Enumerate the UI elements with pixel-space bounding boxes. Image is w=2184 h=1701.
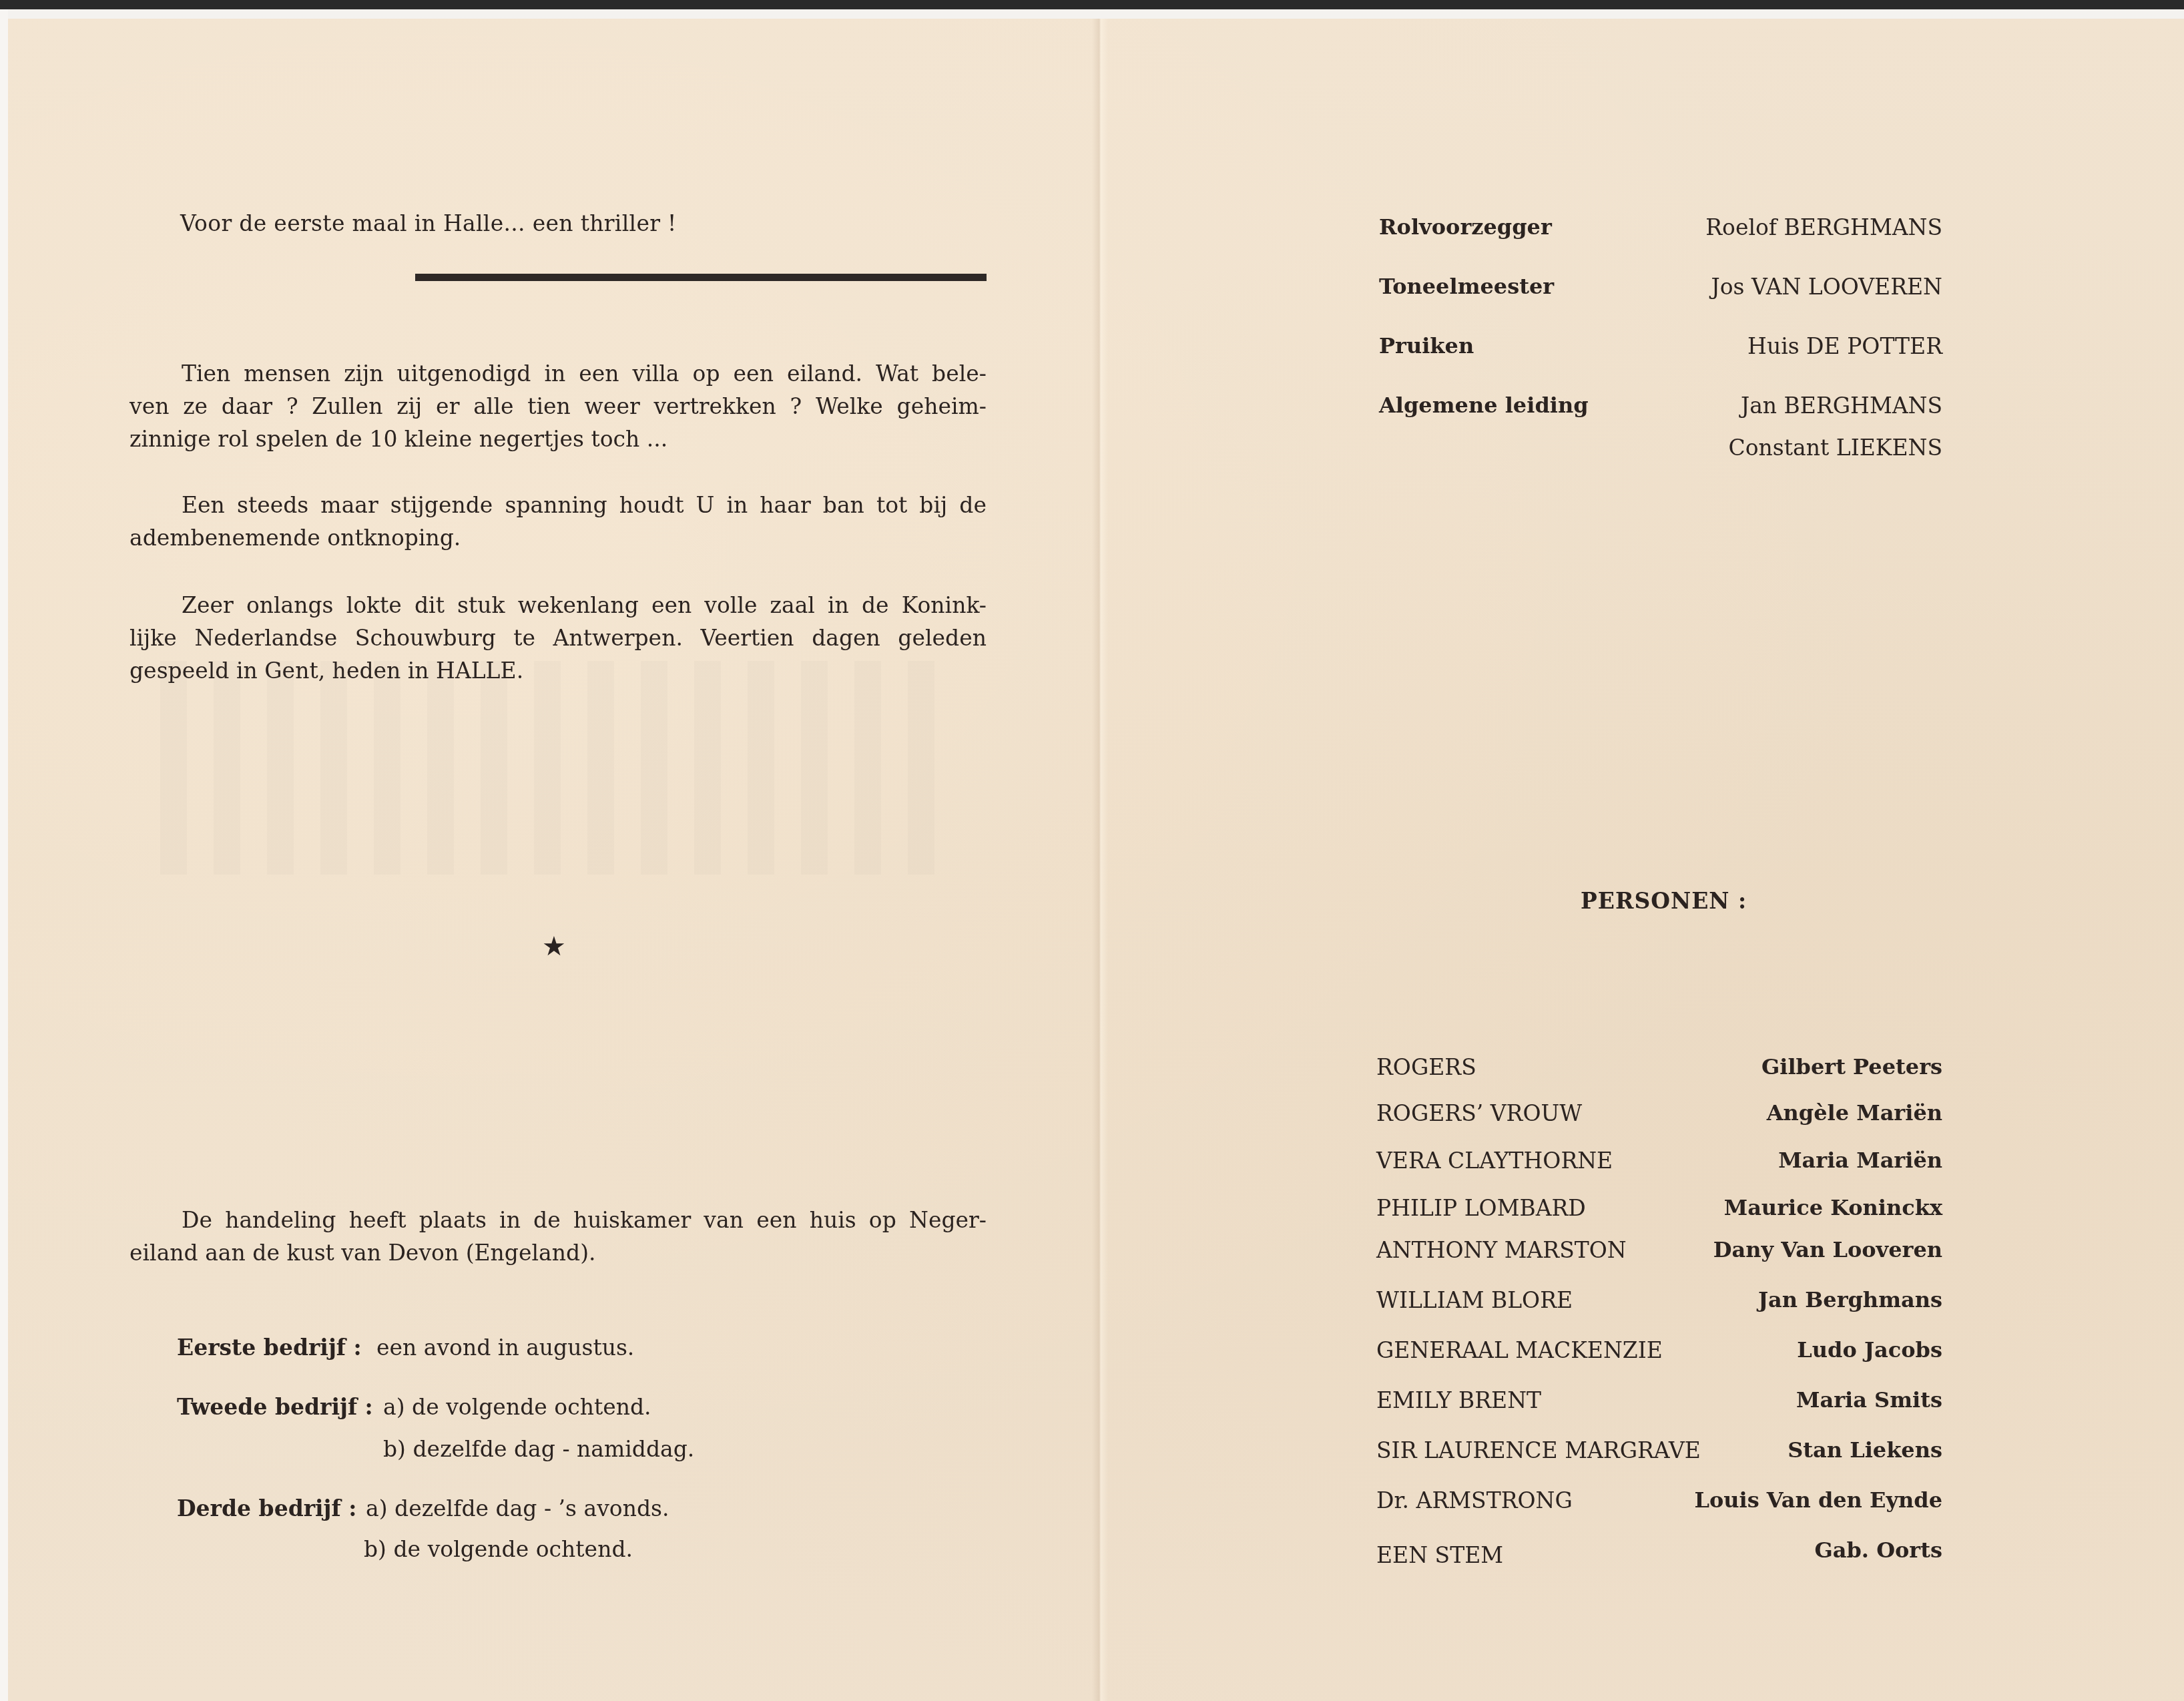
- cast-actor: Gab. Oorts: [1814, 1534, 1942, 1567]
- crew-name: Huis DE POTTER: [1747, 330, 1942, 362]
- cast-actor: Dany Van Looveren: [1713, 1234, 1942, 1266]
- act-scene: een avond in augustus.: [376, 1331, 634, 1364]
- act-scene: a) dezelfde dag - ’s avonds.: [366, 1492, 669, 1525]
- paragraph-line: gespeeld in Gent, heden in HALLE.: [129, 654, 987, 687]
- cast-character: ROGERS’ VROUW: [1376, 1097, 1582, 1130]
- crew-role: Pruiken: [1379, 330, 1474, 362]
- cast-actor: Stan Liekens: [1788, 1434, 1942, 1467]
- crew-name: Jos VAN LOOVEREN: [1711, 270, 1942, 303]
- crew-name: Jan BERGHMANS: [1741, 389, 1942, 422]
- cast-actor: Louis Van den Eynde: [1694, 1484, 1942, 1517]
- cast-actor: Ludo Jacobs: [1797, 1334, 1942, 1367]
- crew-name: Roelof BERGHMANS: [1705, 211, 1942, 244]
- paragraph-line: De handeling heeft plaats in de huiskame…: [129, 1204, 987, 1236]
- cast-actor: Maria Mariën: [1778, 1144, 1942, 1177]
- cast-heading: PERSONEN :: [1581, 885, 1747, 917]
- cast-character: PHILIP LOMBARD: [1376, 1192, 1586, 1224]
- cast-character: EEN STEM: [1376, 1539, 1503, 1571]
- crew-name: Constant LIEKENS: [1728, 431, 1942, 464]
- paragraph-line: Tien mensen zijn uitgenodigd in een vill…: [129, 357, 987, 390]
- paragraph-line: ven ze daar ? Zullen zij er alle tien we…: [129, 390, 987, 423]
- left-page: Voor de eerste maal in Halle... een thri…: [0, 0, 1095, 1701]
- paragraph-line: Een steeds maar stijgende spanning houdt…: [129, 489, 987, 521]
- cast-character: EMILY BRENT: [1376, 1384, 1541, 1417]
- cast-character: ROGERS: [1376, 1051, 1476, 1083]
- paragraph-line: lijke Nederlandse Schouwburg te Antwerpe…: [129, 622, 987, 654]
- paragraph-setting: De handeling heeft plaats in de huiskame…: [129, 1204, 987, 1269]
- act-scene: b) dezelfde dag - namiddag.: [383, 1433, 694, 1465]
- intro-line: Voor de eerste maal in Halle... een thri…: [180, 207, 677, 240]
- cast-character: WILLIAM BLORE: [1376, 1284, 1573, 1316]
- act-scene: b) de volgende ochtend.: [364, 1533, 633, 1565]
- cast-actor: Maurice Koninckx: [1724, 1192, 1942, 1224]
- cast-actor: Maria Smits: [1796, 1384, 1942, 1417]
- cast-actor: Angèle Mariën: [1767, 1097, 1942, 1130]
- cast-character: Dr. ARMSTRONG: [1376, 1484, 1573, 1517]
- act-label: Tweede bedrijf :: [177, 1391, 373, 1423]
- crew-role: Toneelmeester: [1379, 270, 1554, 303]
- act-scene: a) de volgende ochtend.: [383, 1391, 651, 1423]
- cast-character: VERA CLAYTHORNE: [1376, 1144, 1613, 1177]
- horizontal-rule: [415, 274, 987, 281]
- cast-actor: Gilbert Peeters: [1761, 1051, 1942, 1083]
- cast-character: SIR LAURENCE MARGRAVE: [1376, 1434, 1701, 1467]
- act-label: Derde bedrijf :: [177, 1492, 356, 1525]
- paragraph-history: Zeer onlangs lokte dit stuk wekenlang ee…: [129, 589, 987, 687]
- crew-role: Rolvoorzegger: [1379, 211, 1552, 244]
- paragraph-line: Zeer onlangs lokte dit stuk wekenlang ee…: [129, 589, 987, 622]
- paragraph-synopsis: Tien mensen zijn uitgenodigd in een vill…: [129, 357, 987, 455]
- cast-character: ANTHONY MARSTON: [1376, 1234, 1627, 1266]
- crew-role: Algemene leiding: [1379, 389, 1589, 422]
- paragraph-suspense: Een steeds maar stijgende spanning houdt…: [129, 489, 987, 554]
- paragraph-line: zinnige rol spelen de 10 kleine negertje…: [129, 423, 987, 455]
- act-label: Eerste bedrijf :: [177, 1331, 362, 1364]
- cast-actor: Jan Berghmans: [1758, 1284, 1942, 1316]
- cast-character: GENERAAL MACKENZIE: [1376, 1334, 1663, 1367]
- paragraph-line: eiland aan de kust van Devon (Engeland).: [129, 1236, 987, 1269]
- paragraph-line: adembenemende ontknoping.: [129, 521, 987, 554]
- star-ornament-icon: ★: [542, 933, 566, 960]
